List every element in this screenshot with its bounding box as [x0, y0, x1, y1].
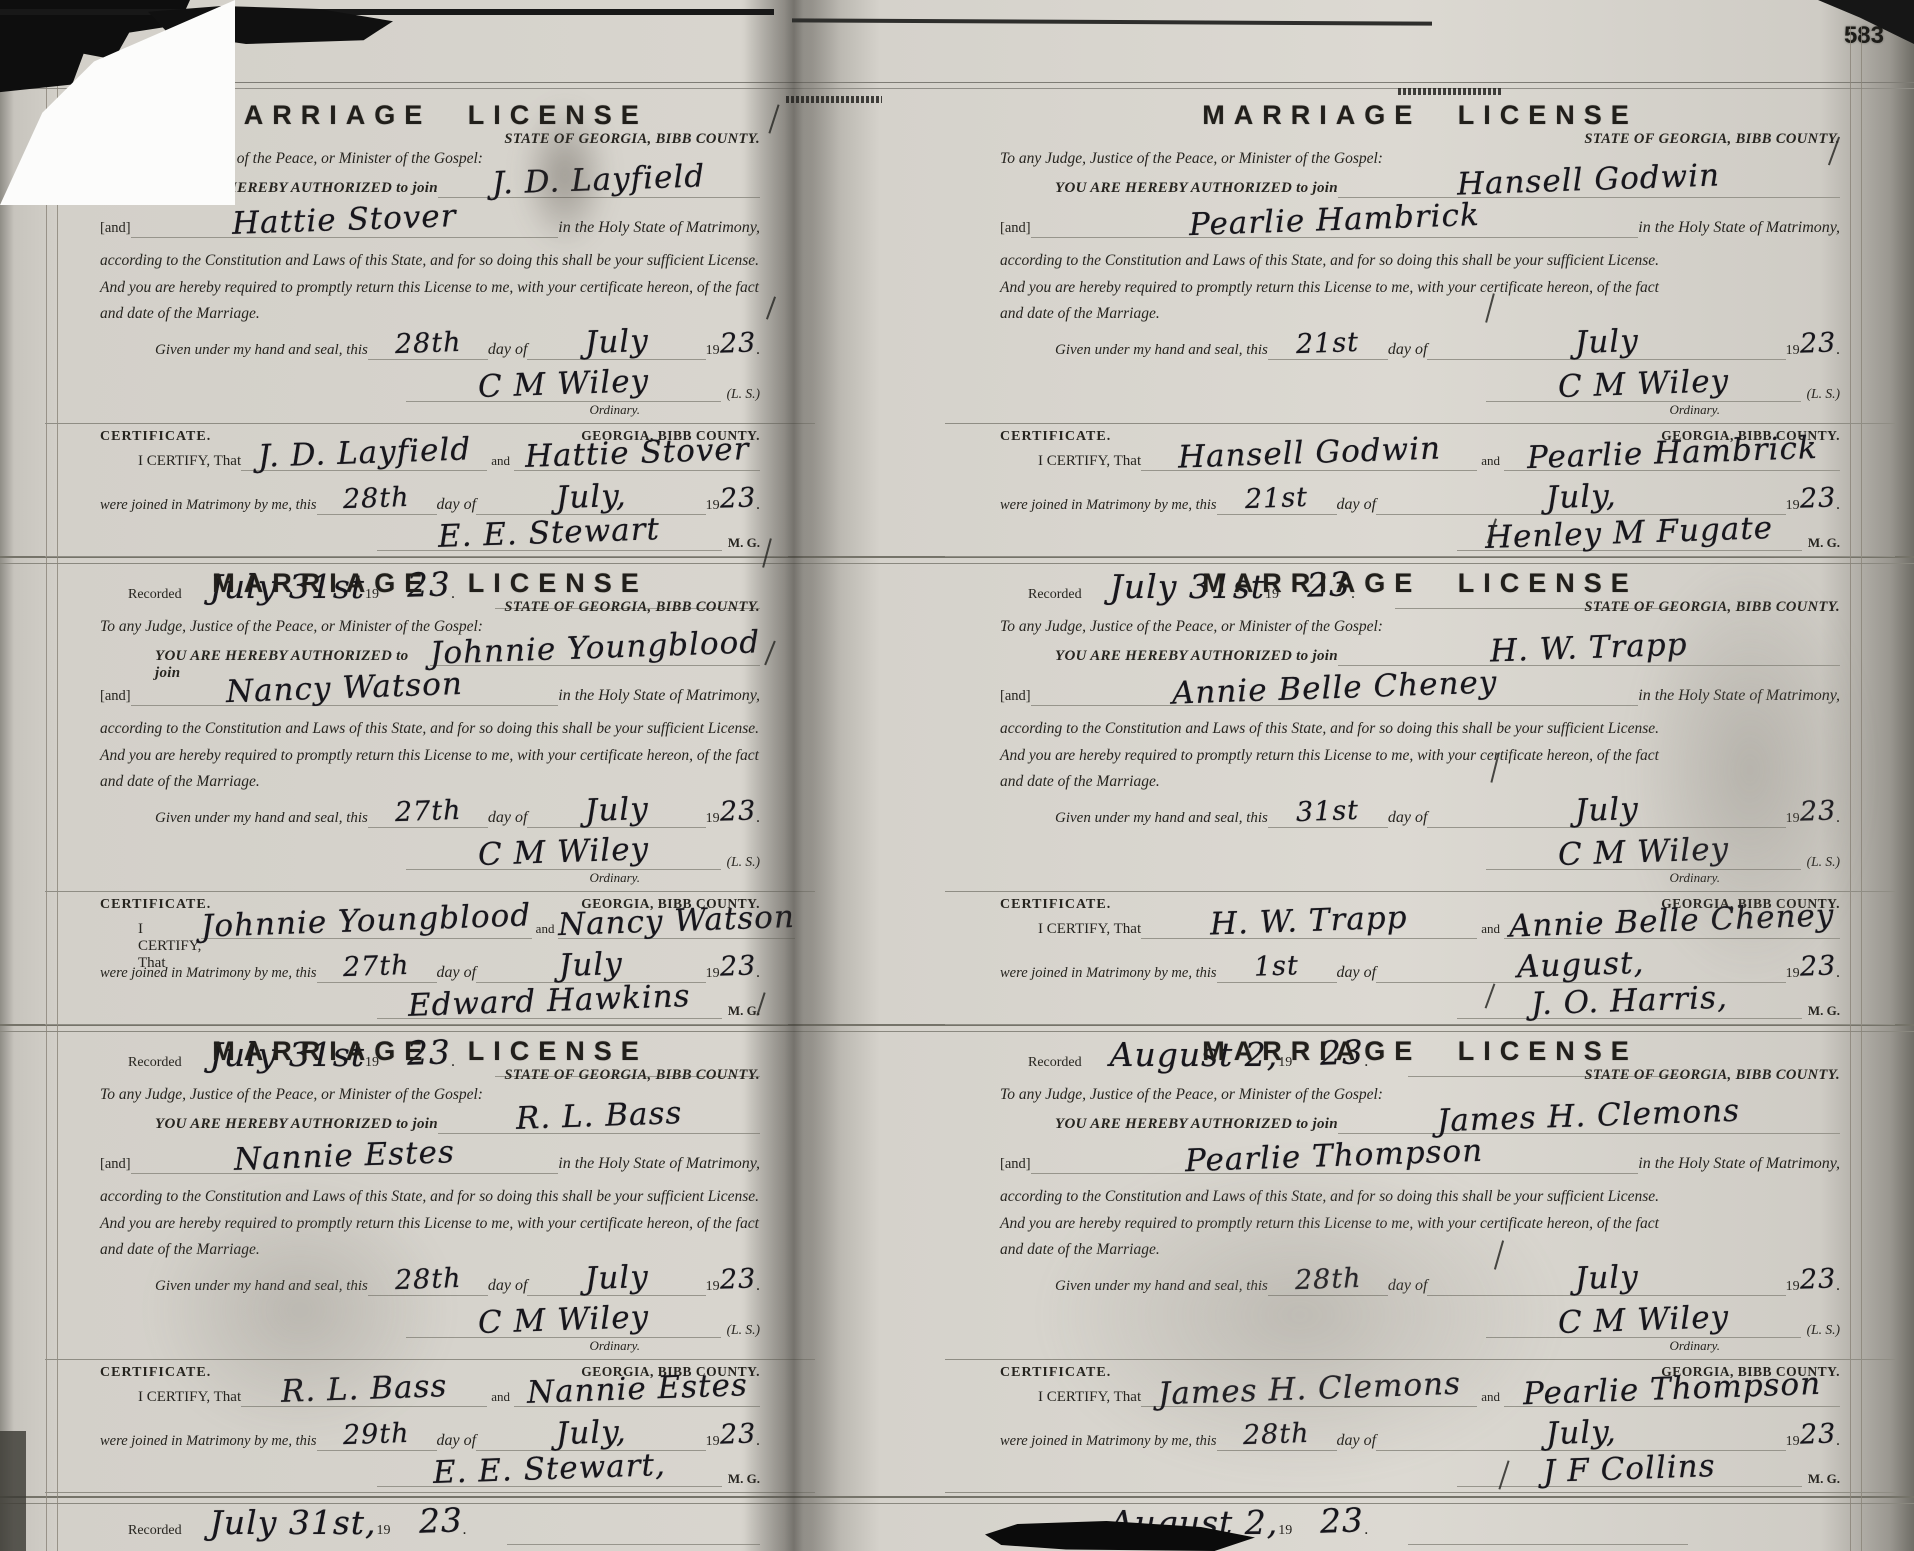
- joined-label: were joined in Matrimony by me, this: [1000, 497, 1217, 514]
- day-of-label: day of: [437, 1432, 477, 1450]
- certificate-groom-line: Johnnie Youngblood: [201, 913, 531, 939]
- ordinary-signature-line: C M Wiley (L. S.): [100, 374, 760, 402]
- officiant-signature: J. O. Harris,: [1531, 987, 1728, 1014]
- groom-name-line: Johnnie Youngblood: [430, 640, 760, 666]
- i-certify-label: I CERTIFY, That: [1038, 453, 1141, 470]
- certificate-groom-name: J. D. Layfield: [257, 439, 471, 466]
- scan-edge-strip: [0, 9, 774, 15]
- paper-stain: [520, 100, 610, 250]
- given-label: Given under my hand and seal, this: [155, 810, 368, 827]
- certificate-day: 28th: [343, 489, 410, 507]
- certify-line: I CERTIFY, That Hansell Godwin and Pearl…: [1000, 445, 1840, 489]
- period: .: [1836, 496, 1840, 514]
- license-day: 28th: [394, 334, 461, 352]
- certificate-groom-line: H. W. Trapp: [1141, 913, 1477, 939]
- certificate-day: 21st: [1245, 489, 1309, 507]
- groom-name: R. L. Bass: [515, 1103, 682, 1129]
- day-of-label: day of: [1388, 341, 1428, 359]
- bride-name: Nannie Estes: [234, 1142, 455, 1170]
- certificate-bride-line: Hattie Stover: [514, 445, 760, 471]
- certificate-month: July,: [555, 1421, 626, 1443]
- blank-rule: [1408, 1538, 1688, 1545]
- certificate-month: August,: [1517, 952, 1645, 976]
- certificate-bride-line: Pearlie Hambrick: [1504, 445, 1840, 471]
- period: .: [1836, 1277, 1840, 1295]
- license-body-line-1: according to the Constitution and Laws o…: [100, 716, 760, 743]
- certificate-bride-name: Pearlie Thompson: [1523, 1373, 1822, 1403]
- section-divider: [45, 891, 815, 892]
- groom-name: James H. Clemons: [1437, 1101, 1741, 1132]
- margin-rule: [46, 26, 47, 1551]
- license-year: 23: [1799, 335, 1836, 352]
- year-prefix: 19: [1278, 1523, 1292, 1539]
- i-certify-label: I CERTIFY, That: [1038, 921, 1141, 938]
- groom-name: Johnnie Youngblood: [429, 632, 760, 664]
- certificate-year: 23: [1799, 1426, 1836, 1443]
- bride-name: Pearlie Hambrick: [1189, 205, 1480, 235]
- ordinary-signature-line: C M Wiley (L. S.): [1000, 374, 1840, 402]
- license-body-line-1: according to the Constitution and Laws o…: [100, 1184, 760, 1211]
- given-label: Given under my hand and seal, this: [1055, 810, 1268, 827]
- matrimony-label: in the Holy State of Matrimony,: [1638, 1155, 1840, 1173]
- signature-rule: C M Wiley: [406, 844, 721, 870]
- officiant-signature-line: Henley M Fugate M. G.: [1000, 525, 1840, 551]
- ordinary-label: Ordinary.: [100, 870, 760, 886]
- license-year: 23: [1799, 1271, 1836, 1288]
- officiant-signature-line: E. E. Stewart, M. G.: [100, 1461, 760, 1487]
- recorded-year: 23: [418, 1512, 463, 1530]
- paper-stain: [150, 1180, 450, 1440]
- year-prefix: 19: [706, 343, 720, 359]
- license-body-line-3: and date of the Marriage.: [1000, 301, 1840, 328]
- license-day: 31st: [1296, 802, 1360, 820]
- certificate-label: CERTIFICATE.: [1000, 897, 1111, 913]
- day-of-label: day of: [437, 964, 477, 982]
- year-prefix: 19: [706, 811, 720, 827]
- and-label: [and]: [1000, 1156, 1031, 1173]
- signature-rule: J. O. Harris,: [1457, 993, 1802, 1019]
- license-day-line: 21st: [1268, 338, 1388, 360]
- binding-gutter: [744, 0, 840, 1551]
- license-month-line: July: [527, 802, 705, 828]
- marriage-license-title: MARRIAGE LICENSE: [100, 568, 760, 599]
- officiant-signature: Henley M Fugate: [1485, 517, 1774, 547]
- given-label: Given under my hand and seal, this: [155, 342, 368, 359]
- edge-shadow-bottom-left: [0, 1431, 26, 1551]
- authorized-label: YOU ARE HEREBY AUTHORIZED to join: [1055, 180, 1338, 197]
- certify-line: I CERTIFY, That J. D. Layfield and Hatti…: [100, 445, 760, 489]
- officiant-signature: E. E. Stewart: [438, 519, 661, 547]
- signature-rule: C M Wiley: [1486, 376, 1801, 402]
- section-divider: [945, 1492, 1895, 1493]
- signature-rule: Henley M Fugate: [1457, 525, 1802, 551]
- mg-label: M. G.: [1808, 1003, 1840, 1019]
- license-body-line-2: And you are hereby required to promptly …: [100, 743, 760, 770]
- year-prefix: 19: [1786, 498, 1800, 514]
- bride-name: Annie Belle Cheney: [1171, 672, 1497, 703]
- given-label: Given under my hand and seal, this: [1055, 342, 1268, 359]
- recorded-line: Recorded July 31st, 1923.: [100, 1503, 760, 1545]
- section-divider: [45, 1492, 815, 1493]
- certificate-label: CERTIFICATE.: [100, 897, 211, 913]
- license-month: July: [584, 1266, 648, 1288]
- groom-name-line: R. L. Bass: [438, 1108, 760, 1134]
- certificate-groom-line: Hansell Godwin: [1141, 445, 1477, 471]
- certificate-bride-line: Pearlie Thompson: [1504, 1381, 1840, 1407]
- signature-rule: E. E. Stewart,: [377, 1461, 722, 1487]
- day-of-label: day of: [488, 341, 528, 359]
- mg-label: M. G.: [1808, 535, 1840, 551]
- state-county-line: STATE OF GEORGIA, BIBB COUNTY.: [1000, 131, 1840, 148]
- license-body-line-3: and date of the Marriage.: [100, 301, 760, 328]
- year-prefix: 19: [706, 1279, 720, 1295]
- license-body-line-1: according to the Constitution and Laws o…: [1000, 248, 1840, 275]
- state-county-line: STATE OF GEORGIA, BIBB COUNTY.: [100, 599, 760, 616]
- joined-label: were joined in Matrimony by me, this: [1000, 965, 1217, 982]
- certificate-label: CERTIFICATE.: [1000, 429, 1111, 445]
- day-of-label: day of: [1388, 809, 1428, 827]
- license-day-line: 27th: [368, 806, 488, 828]
- authorized-label: YOU ARE HEREBY AUTHORIZED to join: [155, 1116, 438, 1133]
- certificate-month: July: [559, 953, 623, 975]
- marriage-record: MARRIAGE LICENSE STATE OF GEORGIA, BIBB …: [100, 556, 760, 1024]
- blank-rule: [507, 1538, 760, 1545]
- matrimony-label: in the Holy State of Matrimony,: [558, 1155, 760, 1173]
- state-county-line: STATE OF GEORGIA, BIBB COUNTY.: [1000, 1067, 1840, 1084]
- signature-rule: Edward Hawkins: [377, 993, 722, 1019]
- joined-label: were joined in Matrimony by me, this: [100, 497, 317, 514]
- certificate-groom-line: J. D. Layfield: [241, 445, 487, 471]
- signature-rule: J F Collins: [1457, 1461, 1802, 1487]
- period: .: [1836, 1432, 1840, 1450]
- period: .: [1364, 1521, 1368, 1539]
- groom-name-line: James H. Clemons: [1338, 1108, 1840, 1134]
- signature-rule: C M Wiley: [406, 376, 721, 402]
- section-divider: [945, 423, 1895, 424]
- certificate-month: July,: [555, 485, 626, 507]
- license-month: July: [584, 330, 648, 352]
- bride-line: [and] Hattie Stover in the Holy State of…: [100, 212, 760, 248]
- certificate-groom-name: H. W. Trapp: [1210, 907, 1408, 934]
- margin-rule: [57, 26, 58, 1551]
- day-of-label: day of: [1337, 964, 1377, 982]
- license-body-line-3: and date of the Marriage.: [100, 769, 760, 796]
- certificate-month-line: July,: [1376, 489, 1786, 515]
- license-month: July: [1574, 798, 1638, 820]
- day-of-label: day of: [1337, 496, 1377, 514]
- officiant-signature: J F Collins: [1543, 1455, 1716, 1481]
- signature-rule: C M Wiley: [406, 1312, 721, 1338]
- certificate-day: 1st: [1254, 958, 1299, 976]
- license-body-line-1: according to the Constitution and Laws o…: [100, 248, 760, 275]
- officiant-signature-line: Edward Hawkins M. G.: [100, 993, 760, 1019]
- license-body-line-2: And you are hereby required to promptly …: [100, 275, 760, 302]
- and-word: and: [487, 453, 514, 469]
- license-day: 21st: [1296, 334, 1360, 352]
- certificate-bride-line: Nannie Estes: [514, 1381, 760, 1407]
- marriage-license-title: MARRIAGE LICENSE: [100, 1036, 760, 1067]
- ordinary-signature: C M Wiley: [477, 1307, 649, 1333]
- officiant-signature: Edward Hawkins: [408, 986, 691, 1016]
- officiant-signature-line: E. E. Stewart M. G.: [100, 525, 760, 551]
- ls-label: (L. S.): [1807, 1322, 1840, 1338]
- certificate-day-line: 28th: [317, 493, 437, 515]
- certificate-month: July,: [1545, 1421, 1616, 1443]
- mg-label: M. G.: [1808, 1471, 1840, 1487]
- day-of-label: day of: [488, 809, 528, 827]
- ordinary-signature: C M Wiley: [1557, 371, 1729, 397]
- license-month-line: July: [527, 334, 705, 360]
- recorded-year: 23: [1320, 1512, 1365, 1530]
- license-body-line-2: And you are hereby required to promptly …: [1000, 275, 1840, 302]
- and-label: [and]: [100, 1156, 131, 1173]
- certificate-groom-name: Hansell Godwin: [1177, 438, 1441, 467]
- ls-label: (L. S.): [1807, 386, 1840, 402]
- groom-name-line: Hansell Godwin: [1338, 172, 1840, 198]
- license-month-line: July: [527, 1270, 705, 1296]
- certify-line: I CERTIFY, That Johnnie Youngblood and N…: [100, 913, 760, 957]
- certificate-bride-name: Hattie Stover: [524, 439, 749, 467]
- authorized-label: YOU ARE HEREBY AUTHORIZED to join: [1055, 648, 1338, 665]
- ordinary-label: Ordinary.: [100, 402, 760, 418]
- bride-name-line: Annie Belle Cheney: [1031, 680, 1639, 706]
- and-label: [and]: [100, 220, 131, 237]
- year-prefix: 19: [706, 1434, 720, 1450]
- bride-name-line: Nannie Estes: [131, 1148, 559, 1174]
- license-day-line: 28th: [368, 338, 488, 360]
- certificate-month-line: July,: [476, 489, 706, 515]
- authorized-label: YOU ARE HEREBY AUTHORIZED to join: [1055, 1116, 1338, 1133]
- ordinary-signature: C M Wiley: [477, 371, 649, 397]
- license-day: 27th: [394, 802, 461, 820]
- joined-line: were joined in Matrimony by me, this 28t…: [100, 489, 760, 525]
- certificate-month: July,: [1545, 485, 1616, 507]
- and-label: [and]: [100, 688, 131, 705]
- given-line: Given under my hand and seal, this 28th …: [100, 334, 760, 374]
- license-day-line: 31st: [1268, 806, 1388, 828]
- officiant-signature: E. E. Stewart,: [433, 1454, 666, 1482]
- bride-name: Hattie Stover: [232, 206, 457, 234]
- and-label: [and]: [1000, 220, 1031, 237]
- section-divider: [45, 423, 815, 424]
- bride-name-line: Hattie Stover: [131, 212, 559, 238]
- paper-stain: [1630, 560, 1870, 980]
- signature-rule: E. E. Stewart: [377, 525, 722, 551]
- matrimony-label: in the Holy State of Matrimony,: [558, 687, 760, 705]
- bride-name: Nancy Watson: [226, 674, 464, 702]
- license-month: July: [584, 798, 648, 820]
- state-county-line: STATE OF GEORGIA, BIBB COUNTY.: [100, 1067, 760, 1084]
- certificate-year: 23: [1799, 958, 1836, 975]
- license-month: July: [1574, 1266, 1638, 1288]
- bride-line: [and] Nancy Watson in the Holy State of …: [100, 680, 760, 716]
- period: .: [1836, 964, 1840, 982]
- marriage-license-title: MARRIAGE LICENSE: [1000, 1036, 1840, 1067]
- certificate-bride-name: Nannie Estes: [526, 1375, 747, 1403]
- bride-name-line: Pearlie Hambrick: [1031, 212, 1639, 238]
- i-certify-label: I CERTIFY, That: [138, 453, 241, 470]
- and-word: and: [1477, 921, 1504, 937]
- day-of-label: day of: [437, 496, 477, 514]
- given-line: Given under my hand and seal, this 27th …: [100, 802, 760, 842]
- year-prefix: 19: [706, 966, 720, 982]
- certificate-day-line: 27th: [317, 961, 437, 983]
- ordinary-signature-line: C M Wiley (L. S.): [100, 842, 760, 870]
- and-word: and: [532, 921, 559, 937]
- certificate-day-line: 1st: [1217, 961, 1337, 983]
- year-prefix: 19: [1786, 343, 1800, 359]
- day-of-label: day of: [488, 1277, 528, 1295]
- joined-label: were joined in Matrimony by me, this: [100, 965, 317, 982]
- certificate-label: CERTIFICATE.: [100, 429, 211, 445]
- license-month-line: July: [1427, 334, 1785, 360]
- stationer-imprint: [786, 96, 882, 103]
- matrimony-label: in the Holy State of Matrimony,: [1638, 219, 1840, 237]
- year-prefix: 19: [1786, 1279, 1800, 1295]
- officiant-signature-line: J F Collins M. G.: [1000, 1461, 1840, 1487]
- bride-name-line: Nancy Watson: [131, 680, 559, 706]
- groom-name: Hansell Godwin: [1457, 165, 1721, 194]
- certificate-day: 27th: [343, 957, 410, 975]
- year-prefix: 19: [706, 498, 720, 514]
- certificate-month-line: July,: [476, 1425, 706, 1451]
- record-book-scan: 582 MARRIAGE LICENSE STATE OF GEORGIA, B…: [0, 0, 1914, 1551]
- paper-stain: [1040, 1150, 1560, 1480]
- ordinary-signature: C M Wiley: [477, 839, 649, 865]
- stationer-imprint: [1398, 88, 1502, 95]
- marriage-license-title: MARRIAGE LICENSE: [1000, 100, 1840, 131]
- certificate-year: 23: [1799, 490, 1836, 507]
- marriage-record: MARRIAGE LICENSE STATE OF GEORGIA, BIBB …: [1000, 88, 1840, 556]
- year-prefix: 19: [377, 1523, 391, 1539]
- and-label: [and]: [1000, 688, 1031, 705]
- officiant-signature-line: J. O. Harris, M. G.: [1000, 993, 1840, 1019]
- bride-line: [and] Nannie Estes in the Holy State of …: [100, 1148, 760, 1184]
- and-word: and: [487, 1389, 514, 1405]
- bride-line: [and] Pearlie Hambrick in the Holy State…: [1000, 212, 1840, 248]
- license-month: July: [1574, 330, 1638, 352]
- year-prefix: 19: [1786, 1434, 1800, 1450]
- and-word: and: [1477, 453, 1504, 469]
- recorded-date: July 31st,: [210, 1503, 377, 1542]
- certificate-groom-name: Johnnie Youngblood: [201, 905, 532, 937]
- ordinary-label: Ordinary.: [1000, 402, 1840, 418]
- certificate-bride-name: Pearlie Hambrick: [1526, 437, 1817, 467]
- period: .: [1836, 341, 1840, 359]
- ordinary-signature: C M Wiley: [1557, 1307, 1729, 1333]
- recorded-label: Recorded: [128, 1523, 182, 1539]
- certificate-day-line: 21st: [1217, 493, 1337, 515]
